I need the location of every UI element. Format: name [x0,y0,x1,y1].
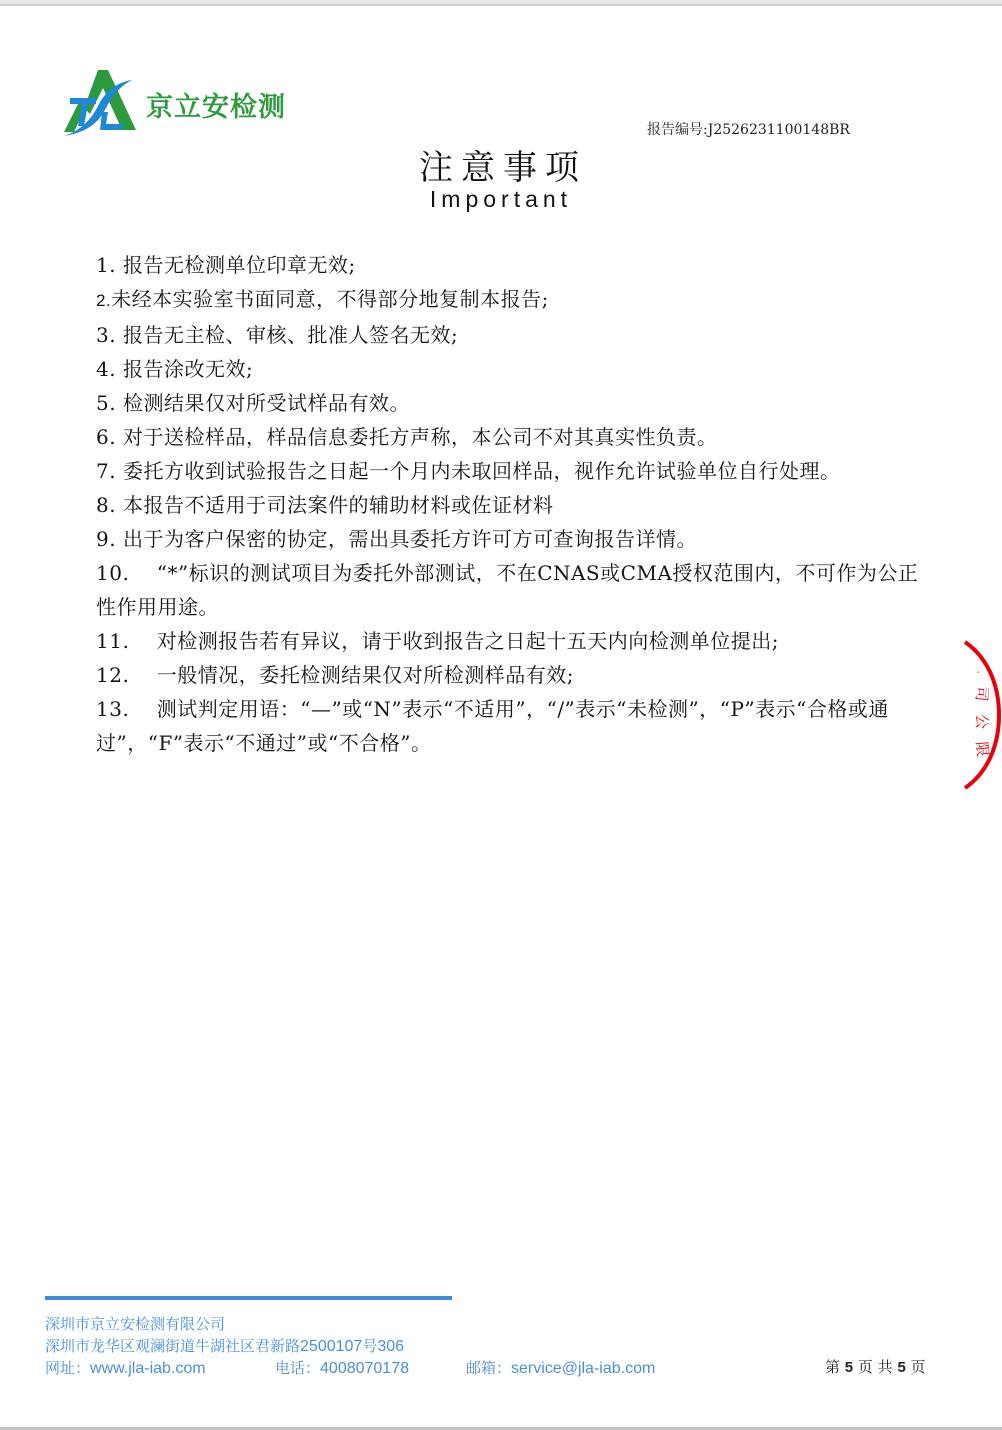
page-subtitle: Important [0,186,1002,213]
report-number-value: J2526231100148BR [708,122,850,138]
report-number-label: 报告编号: [647,122,708,138]
note-item: 13. 测试判定用语：“—”或“N”表示“不适用”，“/”表示“未检测”，“P”… [96,692,926,760]
notes-list: 1. 报告无检测单位印章无效; 2.未经本实验室书面同意，不得部分地复制本报告;… [96,248,926,760]
note-text: 检测结果仅对所受试样品有效。 [116,391,410,415]
note-item: 4. 报告涂改无效; [96,352,926,386]
website-link[interactable]: www.jla-iab.com [90,1360,206,1377]
note-text: 报告涂改无效; [116,357,253,381]
page-current: 5 [845,1359,853,1376]
note-text: 出于为客户保密的协定，需出具委托方许可方可查询报告详情。 [116,527,697,551]
email-link[interactable]: service@jla-iab.com [511,1360,655,1377]
note-text: 本报告不适用于司法案件的辅助材料或佐证材料 [116,493,553,517]
note-item: 3. 报告无主检、审核、批准人签名无效; [96,318,926,352]
footer-divider [45,1296,452,1300]
page-middle: 页 共 [853,1358,897,1376]
company-seal-stamp: · 司 公 限 [963,640,1002,790]
note-number: 11. [96,629,129,653]
note-item: 2.未经本实验室书面同意，不得部分地复制本报告; [96,282,926,318]
note-text: 对于送检样品，样品信息委托方声称，本公司不对其真实性负责。 [116,425,717,449]
page-top-edge [0,0,1002,6]
jla-logo-icon [62,68,138,138]
note-number: 7. [96,459,116,483]
footer-company: 深圳市京立安检测有限公司 [45,1313,404,1335]
note-item: 7. 委托方收到试验报告之日起一个月内未取回样品，视作允许试验单位自行处理。 [96,454,926,488]
note-item: 11. 对检测报告若有异议，请于收到报告之日起十五天内向检测单位提出; [96,624,926,658]
svg-text:司: 司 [972,686,991,703]
note-item: 10. “*”标识的测试项目为委托外部测试，不在CNAS或CMA授权范围内，不可… [96,556,926,624]
note-text: 委托方收到试验报告之日起一个月内未取回样品，视作允许试验单位自行处理。 [116,459,840,483]
note-number: 2. [96,291,111,310]
note-text: “*”标识的测试项目为委托外部测试，不在CNAS或CMA授权范围内，不可作为公正… [96,561,918,619]
note-item: 5. 检测结果仅对所受试样品有效。 [96,386,926,420]
note-item: 9. 出于为客户保密的协定，需出具委托方许可方可查询报告详情。 [96,522,926,556]
footer-phone: 电话：4008070178 [275,1357,409,1380]
footer-address-hao: 号 [362,1337,377,1355]
note-text: 对检测报告若有异议，请于收到报告之日起十五天内向检测单位提出; [129,629,779,653]
note-number: 13. [96,697,129,721]
note-number: 9. [96,527,116,551]
page-number: 第 5 页 共 5 页 [825,1356,926,1377]
footer-address: 深圳市龙华区观澜街道牛湖社区君新路2500107号306 [45,1335,404,1357]
footer-website: 网址：www.jla-iab.com [45,1357,206,1380]
note-text: 一般情况，委托检测结果仅对所检测样品有效; [129,663,574,687]
page-title: 注意事项 [0,140,1002,189]
note-number: 4. [96,357,116,381]
footer-address-room: 306 [377,1338,404,1355]
note-text: 测试判定用语：“—”或“N”表示“不适用”，“/”表示“未检测”，“P”表示“合… [96,697,889,755]
note-text: 报告无主检、审核、批准人签名无效; [116,323,458,347]
footer-address-street: 深圳市龙华区观澜街道牛湖社区君新路 [45,1337,300,1355]
note-item: 6. 对于送检样品，样品信息委托方声称，本公司不对其真实性负责。 [96,420,926,454]
report-number: 报告编号:J2526231100148BR [647,119,850,139]
footer-address-number: 2500107 [300,1338,362,1355]
footer-email: 邮箱：service@jla-iab.com [466,1357,655,1380]
note-number: 6. [96,425,116,449]
seal-icon: · 司 公 限 [963,640,1002,790]
svg-text:限: 限 [972,741,991,758]
note-item: 1. 报告无检测单位印章无效; [96,248,926,282]
note-item: 8. 本报告不适用于司法案件的辅助材料或佐证材料 [96,488,926,522]
phone-label: 电话： [275,1359,320,1377]
company-name: 京立安检测 [146,85,286,124]
company-logo: 京立安检测 [62,68,312,138]
note-text: 报告无检测单位印章无效; [116,253,356,277]
page-total: 5 [897,1359,905,1376]
note-number: 10. [96,561,129,585]
page-prefix: 第 [825,1358,845,1376]
note-number: 8. [96,493,116,517]
footer-contacts: 网址：www.jla-iab.com 电话：4008070178 邮箱：serv… [45,1357,404,1379]
footer: 深圳市京立安检测有限公司 深圳市龙华区观澜街道牛湖社区君新路2500107号30… [45,1313,404,1379]
note-item: 12. 一般情况，委托检测结果仅对所检测样品有效; [96,658,926,692]
email-label: 邮箱： [466,1359,511,1377]
note-number: 3. [96,323,116,347]
svg-text:·: · [971,669,982,674]
note-text: 未经本实验室书面同意，不得部分地复制本报告; [111,287,549,311]
website-label: 网址： [45,1359,90,1377]
note-number: 12. [96,663,129,687]
svg-text:公: 公 [973,714,991,729]
note-number: 1. [96,253,116,277]
phone-number: 4008070178 [320,1360,409,1377]
page-suffix: 页 [906,1358,926,1376]
note-number: 5. [96,391,116,415]
